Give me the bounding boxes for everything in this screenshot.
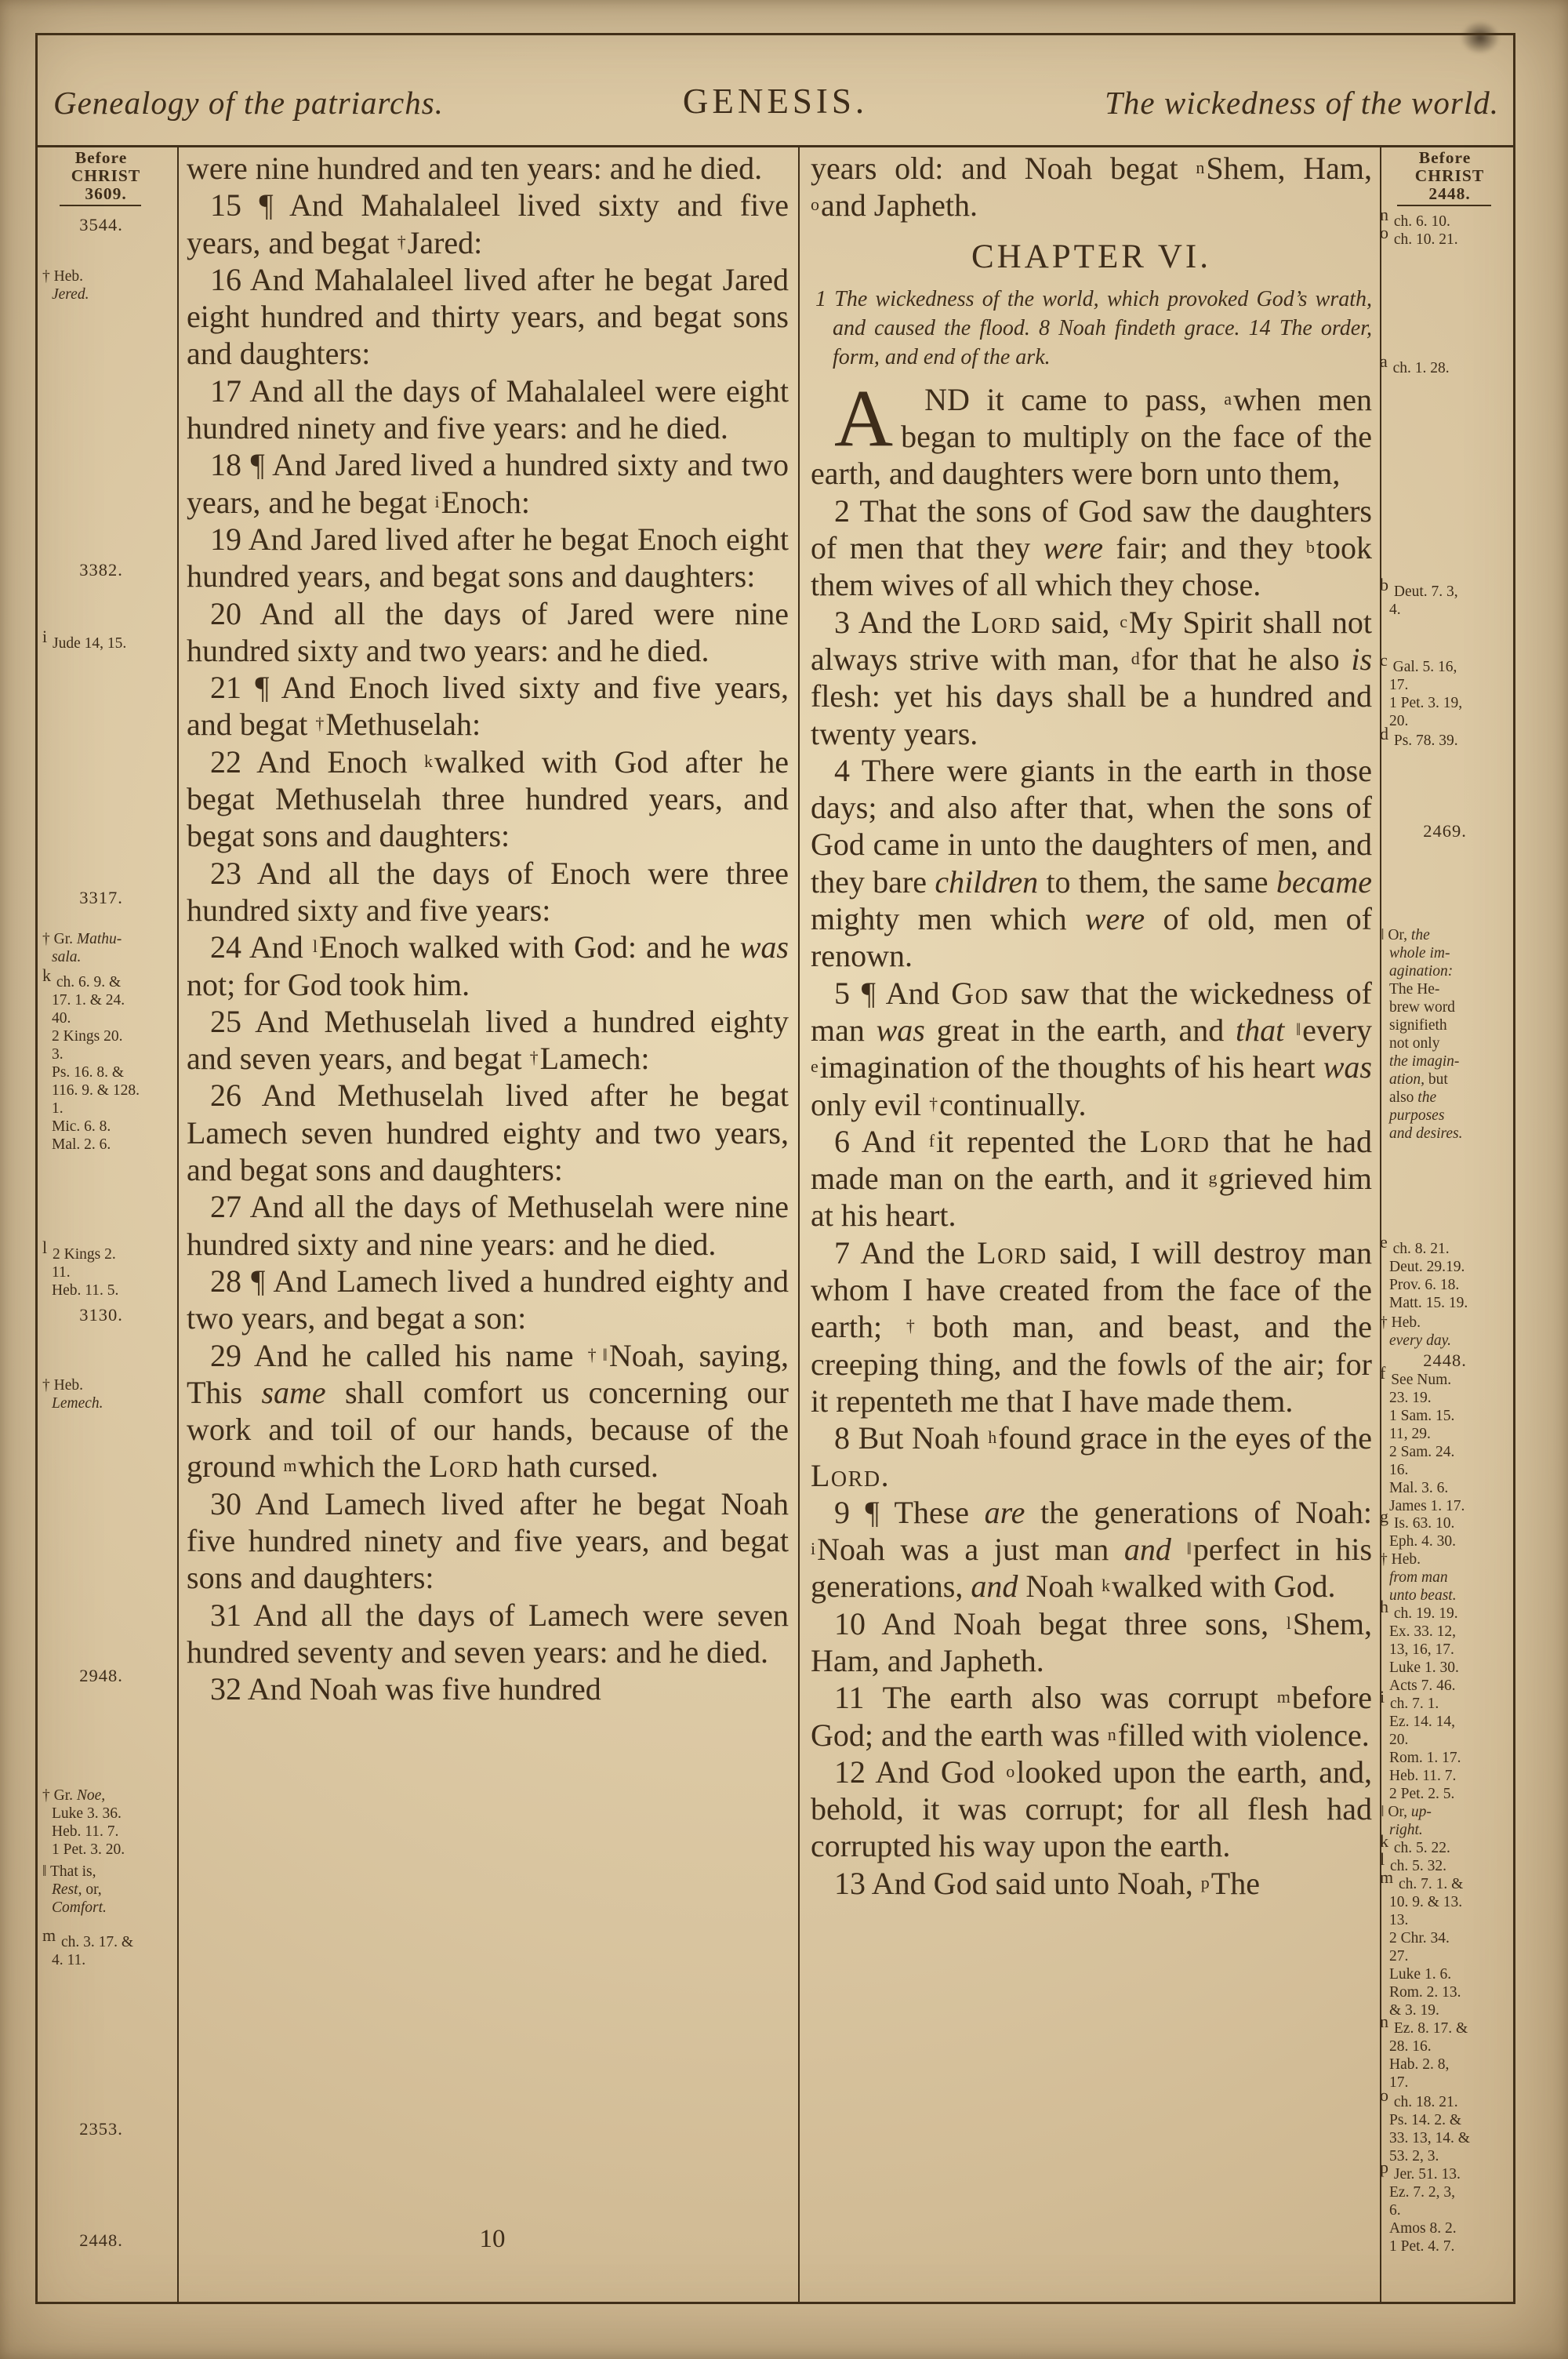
margin-note-line: Eph. 4. 30.	[1389, 1532, 1510, 1550]
page-number: 10	[430, 2225, 555, 2254]
margin-note-line: CHRIST	[38, 167, 174, 185]
margin-note-line: † Gr. Mathu-	[52, 930, 174, 948]
margin-note-line: m ch. 3. 17. &	[52, 1933, 174, 1951]
running-head-right: The wickedness of the world.	[1105, 84, 1499, 122]
margin-note: l 2 Kings 2.11.Heb. 11. 5.	[38, 1245, 174, 1299]
verse-ref-mark: †‖	[588, 1345, 608, 1365]
margin-note-line: 3317.	[38, 889, 174, 907]
verse-ref-mark: g	[1380, 1507, 1388, 1526]
verse: 9 ¶ These are the generations of Noah: i…	[811, 1494, 1372, 1605]
verse: 19 And Jared lived after he begat Enoch …	[187, 521, 789, 595]
verse-ref-mark: c	[1380, 650, 1388, 670]
margin-note-line: 3544.	[38, 216, 174, 234]
verse: 6 And fit repented the Lord that he had …	[811, 1123, 1372, 1234]
margin-note-line: 2 Pet. 2. 5.	[1389, 1785, 1510, 1803]
margin-note-line: Mic. 6. 8.	[52, 1118, 174, 1136]
page-content: BeforeCHRIST3609.3544.† Heb.Jered.3382.i…	[38, 147, 1513, 2302]
margin-note: h ch. 19. 19.Ex. 33. 12,13, 16, 17.Luke …	[1381, 1605, 1510, 1695]
verse: 2 That the sons of God saw the daughters…	[811, 493, 1372, 604]
margin-note-line: also the	[1389, 1089, 1510, 1107]
margin-note-line: Deut. 29.19.	[1389, 1258, 1510, 1276]
verse-ref-mark: a	[1224, 389, 1232, 409]
before-christ-heading: BeforeCHRIST2448.	[1381, 149, 1510, 203]
verse-ref-mark: i	[435, 492, 440, 511]
margin-note: d Ps. 78. 39.	[1381, 732, 1510, 750]
margin-note-line: † Heb.	[52, 267, 174, 285]
verse-ref-mark: e	[1380, 1232, 1388, 1252]
page-frame: Genealogy of the patriarchs. GENESIS. Th…	[35, 33, 1515, 2304]
margin-note-line: 20.	[1389, 1731, 1510, 1749]
margin-note-line: 23. 19.	[1389, 1389, 1510, 1407]
margin-note: o ch. 10. 21.	[1381, 231, 1510, 249]
margin-note: † Heb.Lemech.	[38, 1376, 174, 1412]
chapter-argument: 1 The wickedness of the world, which pro…	[811, 285, 1372, 372]
margin-note-line: 1.	[52, 1100, 174, 1118]
verse-ref-mark: o	[1006, 1761, 1014, 1781]
margin-note-line: † Heb.	[52, 1376, 174, 1394]
margin-note-line: l 2 Kings 2.	[52, 1245, 174, 1263]
margin-note: i ch. 7. 1.Ez. 14. 14,20.Rom. 1. 17.Heb.…	[1381, 1695, 1510, 1803]
margin-note-line: b Deut. 7. 3,	[1389, 583, 1510, 601]
verse: 28 ¶ And Lamech lived a hundred eighty a…	[187, 1263, 789, 1337]
margin-note-line: n Ez. 8. 17. &	[1389, 2019, 1510, 2037]
verse-ref-mark: e	[811, 1056, 818, 1076]
margin-note-line: 2 Sam. 24.	[1389, 1443, 1510, 1461]
verse-ref-mark: o	[1380, 223, 1388, 242]
margin-rule	[1397, 205, 1491, 206]
verse-ref-mark: n	[1108, 1725, 1116, 1744]
margin-note-line: 17.	[1389, 2074, 1510, 2092]
margin-note-line: 2469.	[1389, 822, 1510, 840]
verse-ref-mark: o	[1380, 2085, 1388, 2105]
verse-ref-mark: i	[42, 627, 47, 646]
margin-note: a ch. 1. 28.	[1381, 359, 1510, 377]
margin-note-line: the imagin-	[1389, 1052, 1510, 1070]
chronology-date: 2353.	[38, 2120, 174, 2138]
margin-note-line: 3609.	[38, 185, 174, 203]
scanned-bible-page: Genealogy of the patriarchs. GENESIS. Th…	[0, 0, 1568, 2359]
verse-ref-mark: l	[1380, 1849, 1385, 1869]
margin-note-line: e ch. 8. 21.	[1389, 1240, 1510, 1258]
margin-note-line: Ez. 7. 2, 3,	[1389, 2183, 1510, 2201]
verse: were nine hundred and ten years: and he …	[187, 150, 789, 187]
margin-note: ‖ Or, up-right.	[1381, 1803, 1510, 1839]
verse: AND it came to pass, awhen men began to …	[811, 381, 1372, 493]
chronology-date: 3544.	[38, 216, 174, 234]
margin-note-line: Rom. 1. 17.	[1389, 1749, 1510, 1767]
margin-note-line: ‖ That is,	[52, 1863, 174, 1881]
margin-note-line: l ch. 5. 32.	[1389, 1857, 1510, 1875]
margin-note: † Gr. Noe,Luke 3. 36.Heb. 11. 7.1 Pet. 3…	[38, 1787, 174, 1859]
verse: 11 The earth also was corrupt mbefore Go…	[811, 1679, 1372, 1754]
verse-ref-mark: l	[313, 936, 318, 956]
chronology-date: 2448.	[1381, 1351, 1510, 1369]
margin-note-line: h ch. 19. 19.	[1389, 1605, 1510, 1623]
margin-note-line: † Gr. Noe,	[52, 1787, 174, 1805]
margin-note: k ch. 5. 22.	[1381, 1839, 1510, 1857]
margin-note-line: † Heb.	[1389, 1314, 1510, 1332]
verse: 10 And Noah begat three sons, lShem, Ham…	[811, 1605, 1372, 1680]
margin-note: k ch. 6. 9. &17. 1. & 24.40.2 Kings 20.3…	[38, 973, 174, 1154]
verse-ref-mark: f	[929, 1131, 935, 1150]
margin-note-line: † Heb.	[1389, 1550, 1510, 1568]
margin-note-line: unto beast.	[1389, 1587, 1510, 1605]
margin-note-line: 4.	[1389, 601, 1510, 619]
verse-ref-mark: n	[1196, 158, 1204, 177]
margin-note: ‖ Or, thewhole im-agination:The He-brew …	[1381, 926, 1510, 1143]
margin-note-line: 2 Kings 20.	[52, 1027, 174, 1045]
margin-note: e ch. 8. 21.Deut. 29.19.Prov. 6. 18.Matt…	[1381, 1240, 1510, 1312]
margin-note-line: i ch. 7. 1.	[1389, 1695, 1510, 1713]
verse-ref-mark: k	[1102, 1576, 1110, 1595]
margin-note-line: g Is. 63. 10.	[1389, 1514, 1510, 1532]
verse: 22 And Enoch kwalked with God after he b…	[187, 743, 789, 855]
drop-cap: A	[811, 381, 901, 450]
margin-note-line: 1 Pet. 3. 20.	[52, 1841, 174, 1859]
margin-note-line: agination:	[1389, 962, 1510, 980]
verse-ref-mark: †	[530, 1048, 539, 1067]
verse: 23 And all the days of Enoch were three …	[187, 855, 789, 929]
margin-note-line: a ch. 1. 28.	[1389, 359, 1510, 377]
margin-note-line: k ch. 6. 9. &	[52, 973, 174, 991]
margin-note-line: 3.	[52, 1045, 174, 1063]
margin-note-line: not only	[1389, 1034, 1510, 1052]
margin-note-line: purposes	[1389, 1107, 1510, 1125]
margin-note-line: 53. 2, 3.	[1389, 2147, 1510, 2165]
right-margin-notes-column: BeforeCHRIST2448.n ch. 6. 10.o ch. 10. 2…	[1381, 147, 1513, 2302]
margin-note-line: & 3. 19.	[1389, 2001, 1510, 2019]
chronology-date: 3130.	[38, 1306, 174, 1324]
left-margin-notes-column: BeforeCHRIST3609.3544.† Heb.Jered.3382.i…	[38, 147, 177, 2302]
margin-note: b Deut. 7. 3,4.	[1381, 583, 1510, 619]
margin-note-line: 13.	[1389, 1911, 1510, 1929]
running-head: Genealogy of the patriarchs. GENESIS. Th…	[38, 35, 1513, 147]
verse-ref-mark: †	[929, 1094, 938, 1114]
verse-ref-mark: †	[315, 714, 324, 733]
verse-ref-mark: k	[424, 751, 433, 771]
verse: 8 But Noah hfound grace in the eyes of t…	[811, 1419, 1372, 1494]
verse: 16 And Mahalaleel lived after he begat J…	[187, 261, 789, 373]
margin-note-line: Hab. 2. 8,	[1389, 2055, 1510, 2074]
margin-note-line: n ch. 6. 10.	[1389, 213, 1510, 231]
verse: 31 And all the days of Lamech were seven…	[187, 1597, 789, 1671]
margin-note-line: 40.	[52, 1009, 174, 1027]
verse-ref-mark: b	[1380, 575, 1388, 594]
margin-note-line: whole im-	[1389, 944, 1510, 962]
verse-ref-mark: ‖	[1296, 1020, 1301, 1039]
margin-note-line: 6.	[1389, 2201, 1510, 2219]
margin-note-line: Mal. 3. 6.	[1389, 1479, 1510, 1497]
margin-note-line: 20.	[1389, 712, 1510, 730]
margin-note-line: o ch. 18. 21.	[1389, 2093, 1510, 2111]
margin-note-line: Comfort.	[52, 1899, 174, 1917]
margin-note-line: Heb. 11. 7.	[1389, 1767, 1510, 1785]
margin-note-line: Before	[1389, 149, 1510, 167]
verse: 17 And all the days of Mahalaleel were e…	[187, 373, 789, 447]
margin-note-line: 2353.	[38, 2120, 174, 2138]
verse: 29 And he called his name †‖Noah, saying…	[187, 1337, 789, 1485]
margin-note-line: ‖ Or, up-	[1389, 1803, 1510, 1821]
margin-note: f See Num.23. 19.1 Sam. 15.11, 29.2 Sam.…	[1381, 1371, 1510, 1515]
margin-note-line: c Gal. 5. 16,	[1389, 658, 1510, 676]
verse-ref-mark: o	[811, 194, 819, 214]
margin-note-line: Lemech.	[52, 1394, 174, 1412]
verse: 7 And the Lord said, I will destroy man …	[811, 1234, 1372, 1419]
margin-note-line: 2448.	[38, 2231, 174, 2249]
text-column-right: years old: and Noah begat nShem, Ham, oa…	[800, 147, 1381, 2302]
margin-note-line: 1 Sam. 15.	[1389, 1407, 1510, 1425]
margin-note-line: 116. 9. & 128.	[52, 1081, 174, 1100]
margin-note: n Ez. 8. 17. &28. 16.Hab. 2. 8,17.	[1381, 2019, 1510, 2092]
verse-ref-mark: p	[1380, 2157, 1388, 2177]
margin-note-line: 17. 1. & 24.	[52, 991, 174, 1009]
margin-note-line: and desires.	[1389, 1125, 1510, 1143]
verse: 20 And all the days of Jared were nine h…	[187, 595, 789, 670]
chronology-date: 3317.	[38, 889, 174, 907]
margin-note-line: 11.	[52, 1263, 174, 1281]
margin-note: p Jer. 51. 13.Ez. 7. 2, 3,6.Amos 8. 2.1 …	[1381, 2165, 1510, 2255]
margin-note-line: 1 Pet. 3. 19,	[1389, 694, 1510, 712]
verse-ref-mark: f	[1380, 1363, 1385, 1383]
verse-ref-mark: k	[42, 965, 51, 985]
margin-note-line: brew word	[1389, 998, 1510, 1016]
margin-note-line: Mal. 2. 6.	[52, 1136, 174, 1154]
chronology-date: 2469.	[1381, 822, 1510, 840]
margin-note-line: 2948.	[38, 1667, 174, 1685]
margin-note-line: Before	[38, 149, 174, 167]
margin-note-line: every day.	[1389, 1332, 1510, 1350]
chronology-date: 2948.	[38, 1667, 174, 1685]
verse-ref-mark: ‖	[1187, 1539, 1192, 1558]
margin-note: l ch. 5. 32.	[1381, 1857, 1510, 1875]
margin-note-line: Luke 1. 6.	[1389, 1965, 1510, 1983]
margin-note-line: f See Num.	[1389, 1371, 1510, 1389]
verse-ref-mark: d	[1131, 649, 1140, 668]
margin-note-line: 2448.	[1389, 185, 1510, 203]
margin-note-line: Prov. 6. 18.	[1389, 1276, 1510, 1294]
verse-ref-mark: m	[283, 1456, 296, 1475]
margin-note-line: ation, but	[1389, 1070, 1510, 1089]
margin-note-line: signifieth	[1389, 1016, 1510, 1034]
margin-note-line: Heb. 11. 7.	[52, 1823, 174, 1841]
margin-note-line: James 1. 17.	[1389, 1497, 1510, 1515]
verse-ref-mark: †	[906, 1316, 931, 1336]
verse-ref-mark: h	[1380, 1597, 1388, 1616]
verse-ref-mark: a	[1380, 351, 1388, 371]
margin-note-line: Acts 7. 46.	[1389, 1677, 1510, 1695]
margin-note-line: 2 Chr. 34.	[1389, 1929, 1510, 1947]
margin-note-line: Ez. 14. 14,	[1389, 1713, 1510, 1731]
margin-note: g Is. 63. 10.Eph. 4. 30.	[1381, 1514, 1510, 1550]
verse-ref-mark: i	[811, 1539, 815, 1558]
verse-ref-mark: n	[1380, 2012, 1388, 2031]
margin-note-line: k ch. 5. 22.	[1389, 1839, 1510, 1857]
margin-note-line: sala.	[52, 948, 174, 966]
margin-note-line: Heb. 11. 5.	[52, 1281, 174, 1299]
verse: 15 ¶ And Mahalaleel lived sixty and five…	[187, 187, 789, 261]
margin-note-line: 16.	[1389, 1461, 1510, 1479]
margin-note-line: i Jude 14, 15.	[52, 634, 174, 652]
margin-note-line: p Jer. 51. 13.	[1389, 2165, 1510, 2183]
margin-note-line: Jered.	[52, 285, 174, 304]
verse-ref-mark: m	[1380, 1867, 1393, 1887]
margin-note-line: CHRIST	[1389, 167, 1510, 185]
margin-note: o ch. 18. 21.Ps. 14. 2. &33. 13, 14. &53…	[1381, 2093, 1510, 2165]
margin-note: m ch. 7. 1. &10. 9. & 13.13.2 Chr. 34.27…	[1381, 1875, 1510, 2019]
margin-note-line: 28. 16.	[1389, 2037, 1510, 2055]
margin-note-line: m ch. 7. 1. &	[1389, 1875, 1510, 1893]
margin-note-line: Ex. 33. 12,	[1389, 1623, 1510, 1641]
verse: 32 And Noah was five hundred	[187, 1670, 789, 1707]
verse-ref-mark: c	[1120, 612, 1127, 631]
verse: 12 And God olooked upon the earth, and, …	[811, 1754, 1372, 1865]
verse-ref-mark: l	[1287, 1613, 1291, 1633]
margin-note-line: Amos 8. 2.	[1389, 2219, 1510, 2237]
margin-note-line: Rom. 2. 13.	[1389, 1983, 1510, 2001]
verse-ref-mark: l	[42, 1238, 47, 1257]
margin-note: i Jude 14, 15.	[38, 634, 174, 652]
verse: 18 ¶ And Jared lived a hundred sixty and…	[187, 446, 789, 521]
verse: 27 And all the days of Methuselah were n…	[187, 1188, 789, 1263]
margin-note-line: Luke 1. 30.	[1389, 1659, 1510, 1677]
verse-ref-mark: g	[1209, 1168, 1218, 1187]
margin-note-line: 10. 9. & 13.	[1389, 1893, 1510, 1911]
margin-note: ‖ That is,Rest, or,Comfort.	[38, 1863, 174, 1917]
margin-note-line: Ps. 14. 2. &	[1389, 2111, 1510, 2129]
margin-note-line: Matt. 15. 19.	[1389, 1294, 1510, 1312]
margin-note: † Heb.Jered.	[38, 267, 174, 304]
margin-note-line: 17.	[1389, 676, 1510, 694]
chronology-date: 2448.	[38, 2231, 174, 2249]
verse: 13 And God said unto Noah, pThe	[811, 1865, 1372, 1902]
margin-note: † Heb.from manunto beast.	[1381, 1550, 1510, 1605]
verse-ref-mark: m	[1277, 1687, 1290, 1707]
text-column-left: were nine hundred and ten years: and he …	[177, 147, 800, 2302]
verse-ref-mark: h	[988, 1427, 996, 1447]
verse-ref-mark: †	[397, 232, 406, 252]
verse: 21 ¶ And Enoch lived sixty and five year…	[187, 669, 789, 743]
verse: 25 And Methuselah lived a hundred eighty…	[187, 1003, 789, 1078]
verse-ref-mark: p	[1201, 1873, 1210, 1892]
verse: years old: and Noah begat nShem, Ham, oa…	[811, 150, 1372, 224]
verse: 3 And the Lord said, cMy Spirit shall no…	[811, 604, 1372, 752]
before-christ-heading: BeforeCHRIST3609.	[38, 149, 174, 203]
margin-note-line: from man	[1389, 1568, 1510, 1587]
verse-ref-mark: d	[1380, 724, 1388, 743]
margin-note-line: 2448.	[1389, 1351, 1510, 1369]
margin-note-line: 11, 29.	[1389, 1425, 1510, 1443]
margin-note-line: Rest, or,	[52, 1881, 174, 1899]
margin-note-line: 27.	[1389, 1947, 1510, 1965]
verse: 26 And Methuselah lived after he begat L…	[187, 1077, 789, 1188]
margin-note-line: 13, 16, 17.	[1389, 1641, 1510, 1659]
margin-note-line: 4. 11.	[52, 1951, 174, 1969]
margin-note-line: o ch. 10. 21.	[1389, 231, 1510, 249]
margin-note-line: 33. 13, 14. &	[1389, 2129, 1510, 2147]
verse: 24 And lEnoch walked with God: and he wa…	[187, 929, 789, 1003]
verse-ref-mark: m	[42, 1925, 56, 1945]
margin-rule	[60, 205, 141, 206]
margin-note: m ch. 3. 17. &4. 11.	[38, 1933, 174, 1969]
margin-note-line: ‖ Or, the	[1389, 926, 1510, 944]
margin-note: c Gal. 5. 16,17.1 Pet. 3. 19,20.	[1381, 658, 1510, 730]
verse-ref-mark: i	[1380, 1687, 1385, 1707]
margin-note: † Heb.every day.	[1381, 1314, 1510, 1350]
margin-note: n ch. 6. 10.	[1381, 213, 1510, 231]
chapter-heading: CHAPTER VI.	[811, 238, 1372, 275]
margin-note-line: d Ps. 78. 39.	[1389, 732, 1510, 750]
verse: 4 There were giants in the earth in thos…	[811, 752, 1372, 975]
verse-ref-mark: n	[1380, 205, 1388, 224]
verse-ref-mark: b	[1306, 537, 1315, 557]
margin-note-line: 1 Pet. 4. 7.	[1389, 2237, 1510, 2255]
chronology-date: 3382.	[38, 561, 174, 579]
margin-note-line: Ps. 16. 8. &	[52, 1063, 174, 1081]
verse-ref-mark: k	[1380, 1831, 1388, 1851]
margin-note-line: 3130.	[38, 1306, 174, 1324]
verse: 30 And Lamech lived after he begat Noah …	[187, 1485, 789, 1597]
verse: 5 ¶ And God saw that the wickedness of m…	[811, 975, 1372, 1123]
margin-note-line: The He-	[1389, 980, 1510, 998]
margin-note-line: Luke 3. 36.	[52, 1805, 174, 1823]
margin-note: † Gr. Mathu-sala.	[38, 930, 174, 966]
margin-note-line: 3382.	[38, 561, 174, 579]
margin-note-line: right.	[1389, 1821, 1510, 1839]
